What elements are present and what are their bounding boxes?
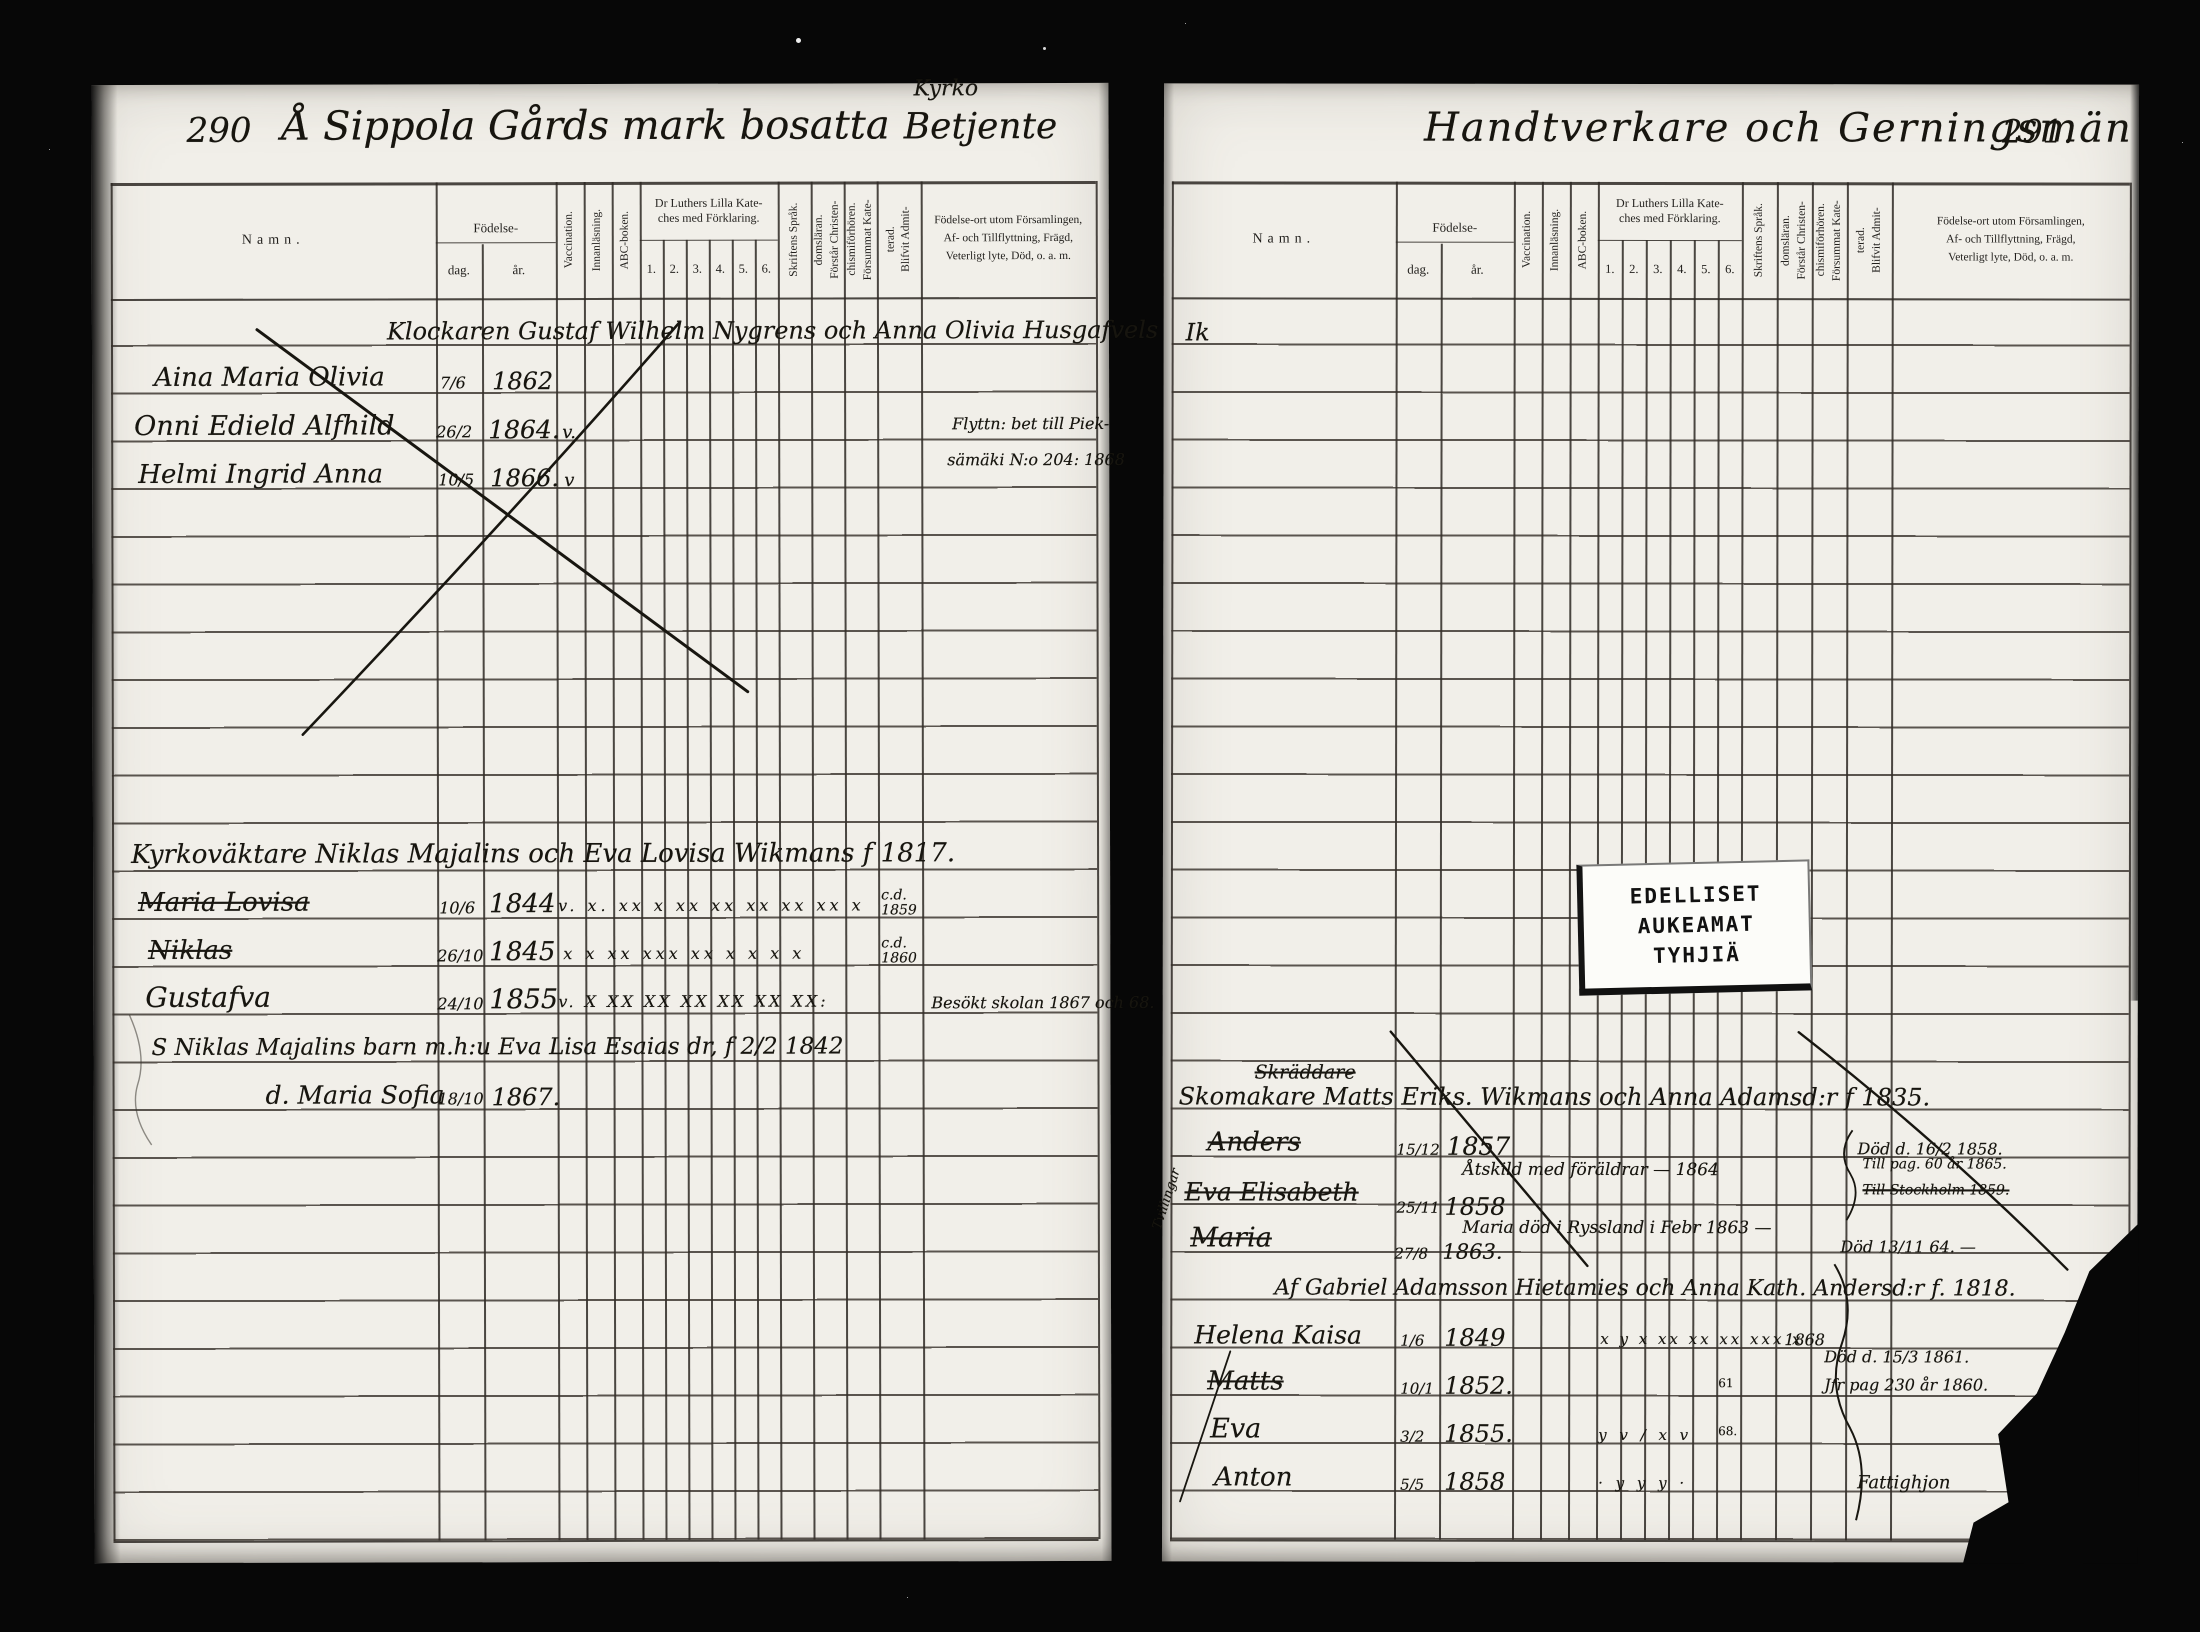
col-header-vaccination: Vaccination. xyxy=(556,182,584,298)
entry-name: Helena Kaisa xyxy=(1194,1321,1362,1349)
page-title: Å Sippola Gårds mark bosattaKyrkoBetjent… xyxy=(281,103,1057,149)
col-header-dag: dag. xyxy=(1396,242,1441,298)
col-header-blifvit-line1: Blifvit Admit- xyxy=(1870,208,1883,274)
col-header-ort-line2: Af- och Tillflyttning, Frägd, xyxy=(944,230,1073,248)
col-header-ort-line3: Veterligt lyte, Död, o. a. m. xyxy=(1948,249,2073,267)
col-header-skriftens: Skriftens Språk. xyxy=(778,182,811,298)
col-header-blifvit: Blifvit Admit- terad. xyxy=(877,181,921,297)
col-header-k2: 2. xyxy=(1622,240,1646,298)
entry-note: Besökt skolan 1867 och 68. xyxy=(931,994,1154,1012)
entry-center-note: Maria död i Ryssland i Febr 1863 — xyxy=(1462,1219,1771,1238)
col-header-skriftens: Skriftens Språk. xyxy=(1742,182,1777,298)
entry-birth-day: 26/10 xyxy=(437,948,483,966)
col-header-vaccination-text: Vaccination. xyxy=(1521,211,1534,268)
family-header: Af Gabriel Adamsson Hietamies och Anna K… xyxy=(1274,1276,2015,1301)
page-number: 290 xyxy=(187,113,252,151)
entry-admitted: c.d. 1860 xyxy=(881,936,917,966)
entry-birth-day: 5/5 xyxy=(1400,1476,1424,1493)
entry-name: Matts xyxy=(1207,1368,1283,1397)
col-header-forsummat-line1: Försummat Kate- xyxy=(1830,200,1843,281)
entry-name: Niklas xyxy=(148,937,232,966)
col-header-forsummat: Försummat Kate- chismiförhören. xyxy=(844,181,877,297)
entry-birth-year: 1849 xyxy=(1444,1324,1505,1350)
col-header-forstar-line1: Förstår Christen- xyxy=(828,200,841,278)
entry-admitted-year: 1860 xyxy=(881,951,917,966)
col-header-forstar-line2: domsläran. xyxy=(1780,215,1793,266)
entry-note: Jfr pag 230 år 1860. xyxy=(1824,1377,1988,1395)
col-header-kateches: Dr Luthers Lilla Kate- ches med Förklari… xyxy=(640,182,778,240)
col-header-kateches-line1: Dr Luthers Lilla Kate- xyxy=(1616,196,1724,211)
col-header-innanlasning: Innanläsning. xyxy=(1542,182,1570,298)
row-divider xyxy=(1396,242,1514,243)
ledger-page-right: Handtverkare och Gerningsmän 291. Namn. … xyxy=(1162,83,2139,1562)
entry-marks: v. xyxy=(562,423,576,443)
entry-admitted-year: 1859 xyxy=(881,903,917,918)
col-header-fodelse: Födelse- xyxy=(436,182,556,242)
scan-speckles xyxy=(796,38,801,43)
col-header-fodelse: Födelse- xyxy=(1396,182,1514,242)
col-header-k4: 4. xyxy=(1670,240,1694,298)
col-header-k1: 1. xyxy=(1598,240,1622,298)
entry-birth-year: 1866. xyxy=(490,465,559,492)
entry-marks: v xyxy=(564,471,574,491)
entry-marks: y v / x v xyxy=(1598,1426,1692,1443)
col-header-k5: 5. xyxy=(732,240,755,298)
col-header-ort-line1: Födelse-ort utom Församlingen, xyxy=(1937,214,2085,232)
col-header-ar: år. xyxy=(482,242,556,298)
entry-birth-year: 1845 xyxy=(489,939,555,968)
col-header-k5: 5. xyxy=(1694,240,1718,298)
col-header-k6: 6. xyxy=(1718,240,1742,298)
col-header-kateches: Dr Luthers Lilla Kate- ches med Förklari… xyxy=(1598,182,1742,240)
col-header-forsummat-line1: Försummat Kate- xyxy=(861,199,874,280)
entry-marks: · y y y · xyxy=(1598,1474,1688,1491)
archive-label: EDELLISET AUKEAMAT TYHJIÄ xyxy=(1576,859,1812,995)
occupation-struck: Skräddare xyxy=(1255,1063,1356,1084)
entry-column-mark: 68. xyxy=(1718,1425,1737,1438)
ledger-page-left: 290 Å Sippola Gårds mark bosattaKyrkoBet… xyxy=(91,83,1111,1563)
entry-birth-day: 24/10 xyxy=(437,996,483,1014)
col-header-forstar-line1: Förstår Christen- xyxy=(1795,201,1808,279)
entry-birth-year: 1855. xyxy=(1444,1420,1513,1446)
entry-name: Anton xyxy=(1214,1464,1292,1493)
col-header-forstar: Förstår Christen- domsläran. xyxy=(811,181,844,297)
entry-birth-day: 26/2 xyxy=(436,424,472,442)
entry-admitted: c.d. 1859 xyxy=(881,888,917,918)
table-grid-lines xyxy=(1164,83,2139,84)
col-header-blifvit-line1: Blifvit Admit- xyxy=(900,207,913,273)
entry-name: d. Maria Sofia xyxy=(266,1081,445,1109)
col-header-ort: Födelse-ort utom Församlingen, Af- och T… xyxy=(921,181,1096,297)
col-header-abc: ABC-boken. xyxy=(612,182,640,298)
entry-birth-day: 15/12 xyxy=(1397,1141,1440,1158)
entry-marks: v. X XX XX XX XX XX XX: xyxy=(558,993,828,1011)
entry-birth-day: 25/11 xyxy=(1396,1199,1439,1216)
entry-birth-day: 18/10 xyxy=(438,1091,484,1109)
entry-name: Aina Maria Olivia xyxy=(154,364,385,393)
col-header-abc: ABC-boken. xyxy=(1570,182,1598,298)
entry-note: Till pag. 60 år 1865. xyxy=(1863,1157,2007,1173)
entry-name: Onni Edield Alfhild xyxy=(134,412,394,442)
entry-birth-day: 10/5 xyxy=(438,472,474,490)
entry-note: Flyttn: bet till Piek- xyxy=(952,415,1109,433)
family-header: Kyrkoväktare Niklas Majalins och Eva Lov… xyxy=(131,840,955,870)
entry-birth-year: 1858 xyxy=(1444,1468,1505,1494)
family-header: S Niklas Majalins barn m.h:u Eva Lisa Es… xyxy=(151,1034,843,1061)
entry-name: Gustafva xyxy=(145,983,271,1014)
col-header-k4: 4. xyxy=(709,240,732,298)
col-header-dag: dag. xyxy=(436,242,482,298)
entry-name: Anders xyxy=(1208,1129,1301,1158)
page-title-tail: KyrkoBetjente xyxy=(904,103,1058,147)
col-header-vaccination: Vaccination. xyxy=(1514,182,1542,298)
page-title-text: Å Sippola Gårds mark bosatta xyxy=(281,102,889,149)
entry-name: Maria xyxy=(1190,1224,1271,1254)
entry-birth-year: 1862 xyxy=(492,368,553,395)
col-header-k3: 3. xyxy=(1646,240,1670,298)
col-header-namn: Namn. xyxy=(111,182,436,299)
entry-birth-year: 1858 xyxy=(1444,1193,1505,1219)
entry-name: Helmi Ingrid Anna xyxy=(138,461,383,490)
col-header-ar: år. xyxy=(1441,242,1514,298)
page-title-tail-text: Betjente xyxy=(904,106,1058,147)
entry-marks: v. x. xx x xx xx xx xx xx x xyxy=(558,897,864,915)
col-header-forstar-line2: domsläran. xyxy=(813,214,826,265)
page-number: 291. xyxy=(2002,114,2073,149)
entry-birth-day: 27/8 xyxy=(1394,1245,1428,1262)
page-title-superscript: Kyrko xyxy=(914,77,979,101)
entry-admitted-abbr: c.d. xyxy=(881,888,917,903)
col-header-forsummat-line2: chismiförhören. xyxy=(1815,204,1828,277)
family-header: Klockaren Gustaf Wilhelm Nygrens och Ann… xyxy=(387,316,1243,344)
col-header-kateches-line1: Dr Luthers Lilla Kate- xyxy=(655,196,763,211)
col-header-ort-line2: Af- och Tillflyttning, Frägd, xyxy=(1946,232,2075,250)
entry-note: Död d. 15/3 1861. xyxy=(1824,1349,1969,1367)
col-header-ort: Födelse-ort utom Församlingen, Af- och T… xyxy=(1892,182,2130,298)
entry-birth-day: 10/1 xyxy=(1400,1380,1434,1397)
entry-admitted: 1868 xyxy=(1784,1332,1825,1350)
col-header-blifvit-line2: terad. xyxy=(885,226,898,252)
col-header-namn: Namn. xyxy=(1172,181,1396,297)
col-header-skriftens-text: Skriftens Språk. xyxy=(1753,203,1766,277)
entry-birth-year: 1857 xyxy=(1447,1132,1511,1160)
scan-background: 290 Å Sippola Gårds mark bosattaKyrkoBet… xyxy=(0,0,2200,1632)
col-header-ort-line3: Veterligt lyte, Död, o. a. m. xyxy=(946,248,1071,266)
col-header-blifvit-line2: terad. xyxy=(1855,227,1868,253)
col-header-innanlasning-text: Innanläsning. xyxy=(591,209,604,271)
col-header-kateches-line2: ches med Förklaring. xyxy=(1619,211,1721,226)
entry-admitted-abbr: c.d. xyxy=(881,936,917,951)
entry-birth-year: 1844 xyxy=(489,891,555,920)
entry-marks: x x xx xxx xx x x x x xyxy=(563,945,805,963)
entry-note: Till Stockholm 1859. xyxy=(1862,1183,2009,1199)
entry-birth-year: 1855 xyxy=(489,985,558,1015)
entry-name: Eva Elisabeth xyxy=(1184,1178,1358,1206)
row-divider xyxy=(1598,240,1742,241)
col-header-forsummat-line2: chismiförhören. xyxy=(846,203,859,276)
entry-note: Fattighjon xyxy=(1857,1473,1950,1493)
family-header: Skomakare Matts Eriks. Wikmans och Anna … xyxy=(1179,1083,1931,1110)
entry-note: sämäki N:o 204: 1868 xyxy=(947,451,1125,469)
col-header-k2: 2. xyxy=(663,240,686,298)
entry-birth-day: 10/6 xyxy=(439,900,475,918)
col-header-forstar: Förstår Christen- domsläran. xyxy=(1777,182,1812,298)
entry-column-mark: 61 xyxy=(1718,1377,1733,1390)
entry-center-note: Åtskild med föräldrar — 1864 xyxy=(1463,1161,1719,1180)
col-header-abc-text: ABC-boken. xyxy=(619,211,632,269)
entry-birth-year: 1867. xyxy=(492,1084,561,1111)
entry-name: Maria Lovisa xyxy=(138,889,309,918)
col-header-ort-line1: Födelse-ort utom Församlingen, xyxy=(934,212,1082,230)
col-header-k6: 6. xyxy=(755,240,778,298)
col-header-abc-text: ABC-boken. xyxy=(1577,211,1590,269)
entry-name: Eva xyxy=(1210,1415,1261,1445)
entry-birth-day: 3/2 xyxy=(1400,1428,1424,1445)
archive-label-line3: TYHJIÄ xyxy=(1584,937,1810,972)
entry-birth-year: 1863. xyxy=(1442,1241,1502,1264)
col-header-k1: 1. xyxy=(640,240,663,298)
entry-note: Död 13/11 64. — xyxy=(1840,1239,1976,1257)
entry-marks: x y x xx xx xx xxx x xyxy=(1600,1330,1803,1347)
entry-birth-year: 1852. xyxy=(1444,1372,1513,1398)
col-header-forsummat: Försummat Kate- chismiförhören. xyxy=(1812,182,1847,298)
entry-birth-year: 1864. xyxy=(488,416,560,444)
entry-birth-day: 7/6 xyxy=(440,375,466,393)
entry-name: Ik xyxy=(1186,319,1210,345)
col-header-blifvit: Blifvit Admit- terad. xyxy=(1847,182,1892,298)
col-header-innanlasning: Innanläsning. xyxy=(584,182,612,298)
col-header-kateches-line2: ches med Förklaring. xyxy=(658,211,760,226)
col-header-skriftens-text: Skriftens Språk. xyxy=(788,203,801,277)
col-header-vaccination-text: Vaccination. xyxy=(563,211,576,268)
col-header-innanlasning-text: Innanläsning. xyxy=(1549,209,1562,271)
col-header-k3: 3. xyxy=(686,240,709,298)
entry-birth-day: 1/6 xyxy=(1400,1332,1424,1349)
